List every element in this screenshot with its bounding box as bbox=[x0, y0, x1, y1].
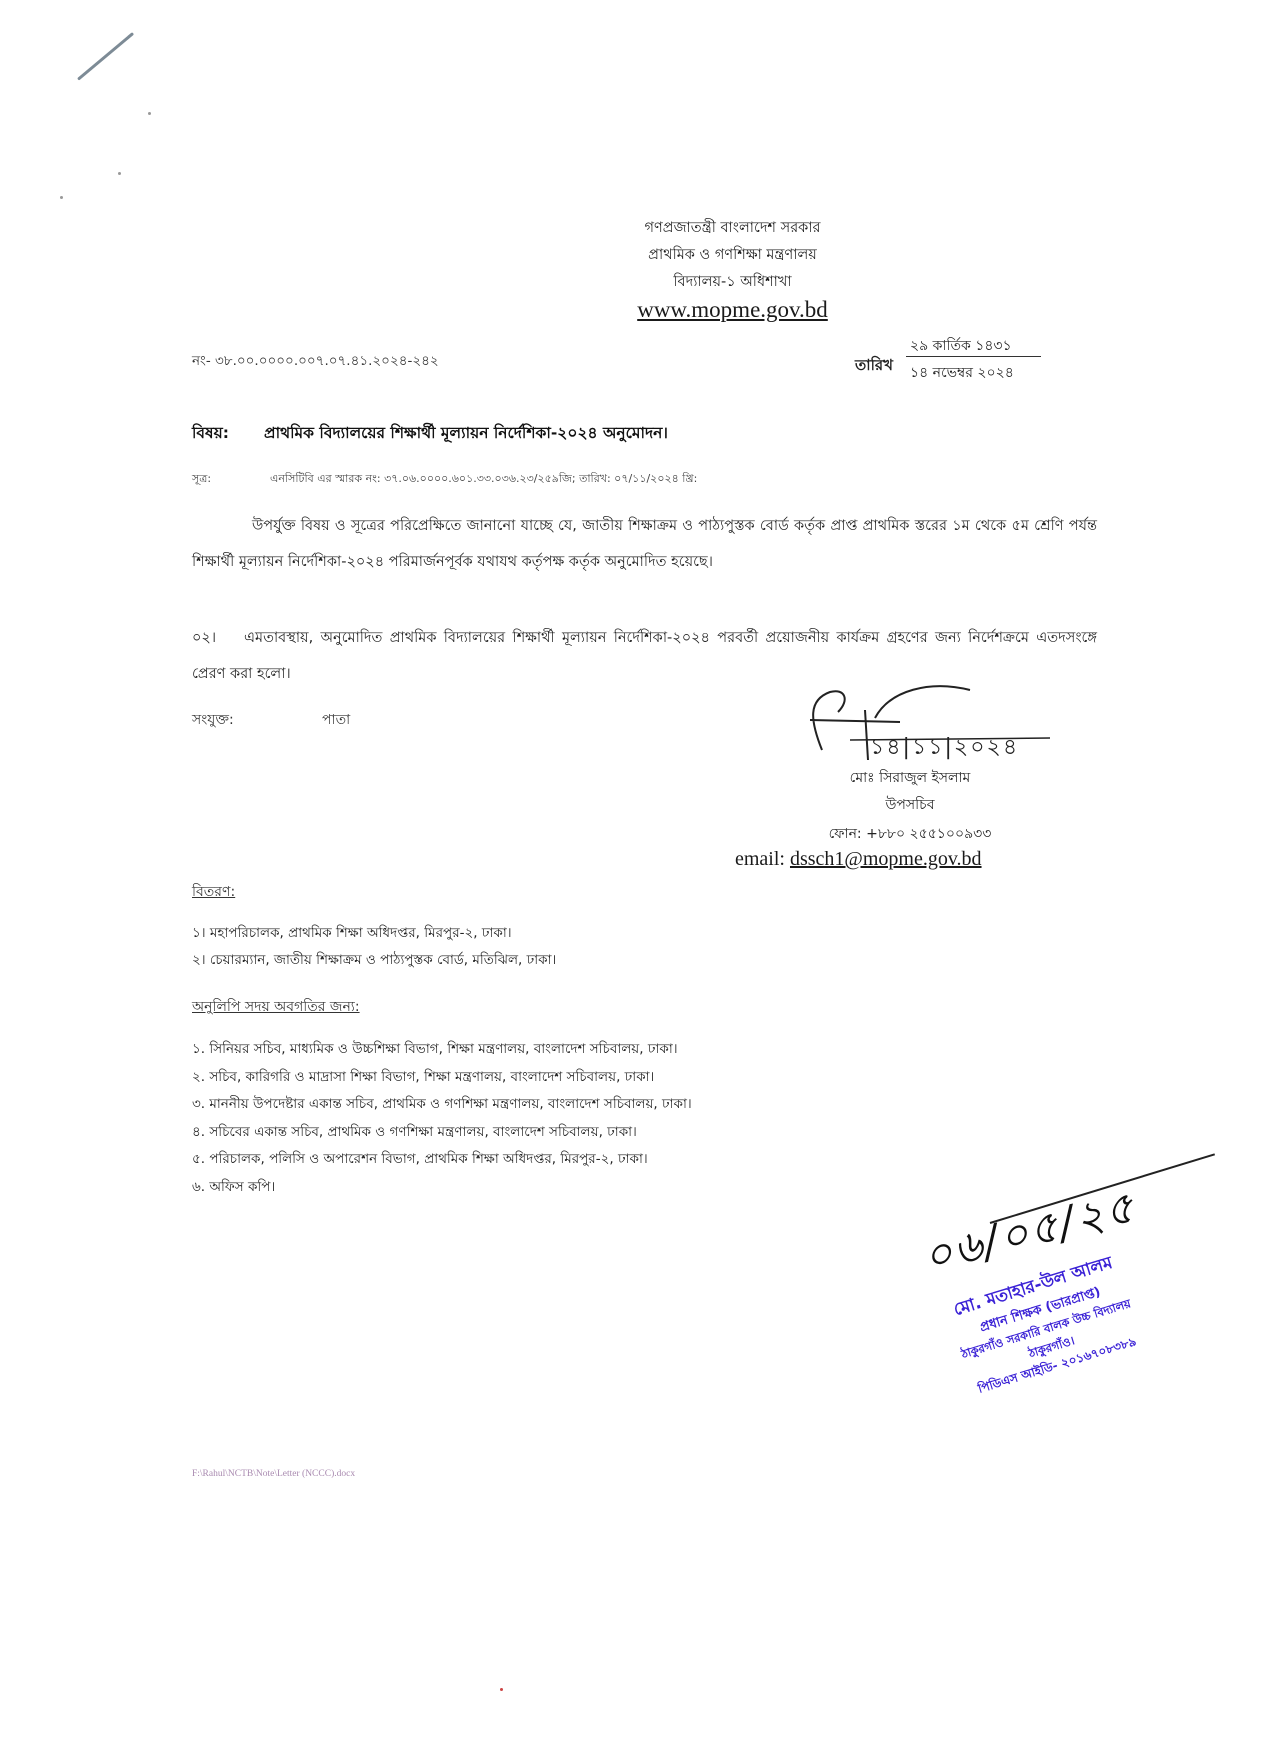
subject-label: বিষয়: bbox=[192, 421, 264, 447]
footer-file-path: F:\Rahul\NCTB\Note\Letter (NCCC).docx bbox=[192, 1469, 355, 1479]
signature-date: ১৪|১১|২০২৪ bbox=[870, 730, 1019, 767]
attachment-label: সংযুক্ত: bbox=[192, 708, 322, 732]
email-link[interactable]: dssch1@mopme.gov.bd bbox=[790, 848, 982, 870]
copy-item: ১. সিনিয়র সচিব, মাধ্যমিক ও উচ্চশিক্ষা ব… bbox=[192, 1036, 692, 1064]
copy-item: ২. সচিব, কারিগরি ও মাদ্রাসা শিক্ষা বিভাগ… bbox=[192, 1064, 692, 1092]
email-label: email: bbox=[735, 848, 785, 870]
distribution-item: ২। চেয়ারম্যান, জাতীয় শিক্ষাক্রম ও পাঠ্… bbox=[192, 947, 556, 974]
distribution-title: বিতরণ: bbox=[192, 880, 235, 904]
distribution-list: ১। মহাপরিচালক, প্রাথমিক শিক্ষা অধিদপ্তর,… bbox=[192, 920, 556, 974]
copies-list: ১. সিনিয়র সচিব, মাধ্যমিক ও উচ্চশিক্ষা ব… bbox=[192, 1036, 692, 1201]
paragraph-2-text: এমতাবস্থায়, অনুমোদিত প্রাথমিক বিদ্যালয়… bbox=[192, 630, 1097, 682]
date-label: তারিখ bbox=[855, 354, 893, 379]
paragraph-number: ০২। bbox=[192, 620, 244, 656]
scan-speck bbox=[60, 196, 63, 199]
subject-line: বিষয়:প্রাথমিক বিদ্যালয়ের শিক্ষার্থী মূ… bbox=[192, 421, 668, 447]
letterhead-branch: বিদ্যালয়-১ অধিশাখা bbox=[95, 268, 1275, 296]
copy-item: ৪. সচিবের একান্ত সচিব, প্রাথমিক ও গণশিক্… bbox=[192, 1119, 692, 1147]
scan-speck bbox=[148, 112, 151, 115]
signatory-name: মোঃ সিরাজুল ইসলাম bbox=[740, 766, 1080, 790]
scan-artifact-mark bbox=[77, 32, 134, 81]
copy-item: ৫. পরিচালক, পলিসি ও অপারেশন বিভাগ, প্রাথ… bbox=[192, 1146, 692, 1174]
signatory-email: email: dssch1@mopme.gov.bd bbox=[735, 848, 982, 871]
copies-title: অনুলিপি সদয় অবগতির জন্য: bbox=[192, 995, 360, 1019]
scan-speck bbox=[500, 1688, 503, 1691]
date-divider bbox=[906, 356, 1041, 357]
reference-text: এনসিটিবি এর স্মারক নং: ৩৭.০৬.০০০০.৬০১.৩৩… bbox=[270, 472, 697, 485]
attachment-value: পাতা bbox=[322, 712, 350, 728]
reference-line: সূত্র:এনসিটিবি এর স্মারক নং: ৩৭.০৬.০০০০.… bbox=[192, 470, 697, 489]
letterhead-ministry: প্রাথমিক ও গণশিক্ষা মন্ত্রণালয় bbox=[95, 241, 1275, 269]
subject-text: প্রাথমিক বিদ্যালয়ের শিক্ষার্থী মূল্যায়… bbox=[264, 424, 668, 442]
date-bangla: ২৯ কার্তিক ১৪৩১ bbox=[910, 334, 1012, 358]
signatory-title: উপসচিব bbox=[740, 793, 1080, 817]
distribution-item: ১। মহাপরিচালক, প্রাথমিক শিক্ষা অধিদপ্তর,… bbox=[192, 920, 556, 947]
reference-label: সূত্র: bbox=[192, 470, 270, 489]
memo-number: নং- ৩৮.০০.০০০০.০০৭.০৭.৪১.২০২৪-২৪২ bbox=[192, 350, 439, 373]
signatory-phone: ফোন: +৮৮০ ২৫৫১০০৯৩৩ bbox=[740, 822, 1080, 846]
letterhead-government: গণপ্রজাতন্ত্রী বাংলাদেশ সরকার bbox=[95, 214, 1275, 242]
body-paragraph-1: উপর্যুক্ত বিষয় ও সূত্রের পরিপ্রেক্ষিতে … bbox=[192, 508, 1097, 580]
date-gregorian: ১৪ নভেম্বর ২০২৪ bbox=[910, 361, 1014, 385]
copy-item: ৬. অফিস কপি। bbox=[192, 1174, 692, 1202]
attachment-line: সংযুক্ত:পাতা bbox=[192, 708, 350, 732]
copy-item: ৩. মাননীয় উপদেষ্টার একান্ত সচিব, প্রাথম… bbox=[192, 1091, 692, 1119]
letterhead-website-link[interactable]: www.mopme.gov.bd bbox=[95, 297, 1275, 323]
scan-speck bbox=[118, 172, 121, 175]
